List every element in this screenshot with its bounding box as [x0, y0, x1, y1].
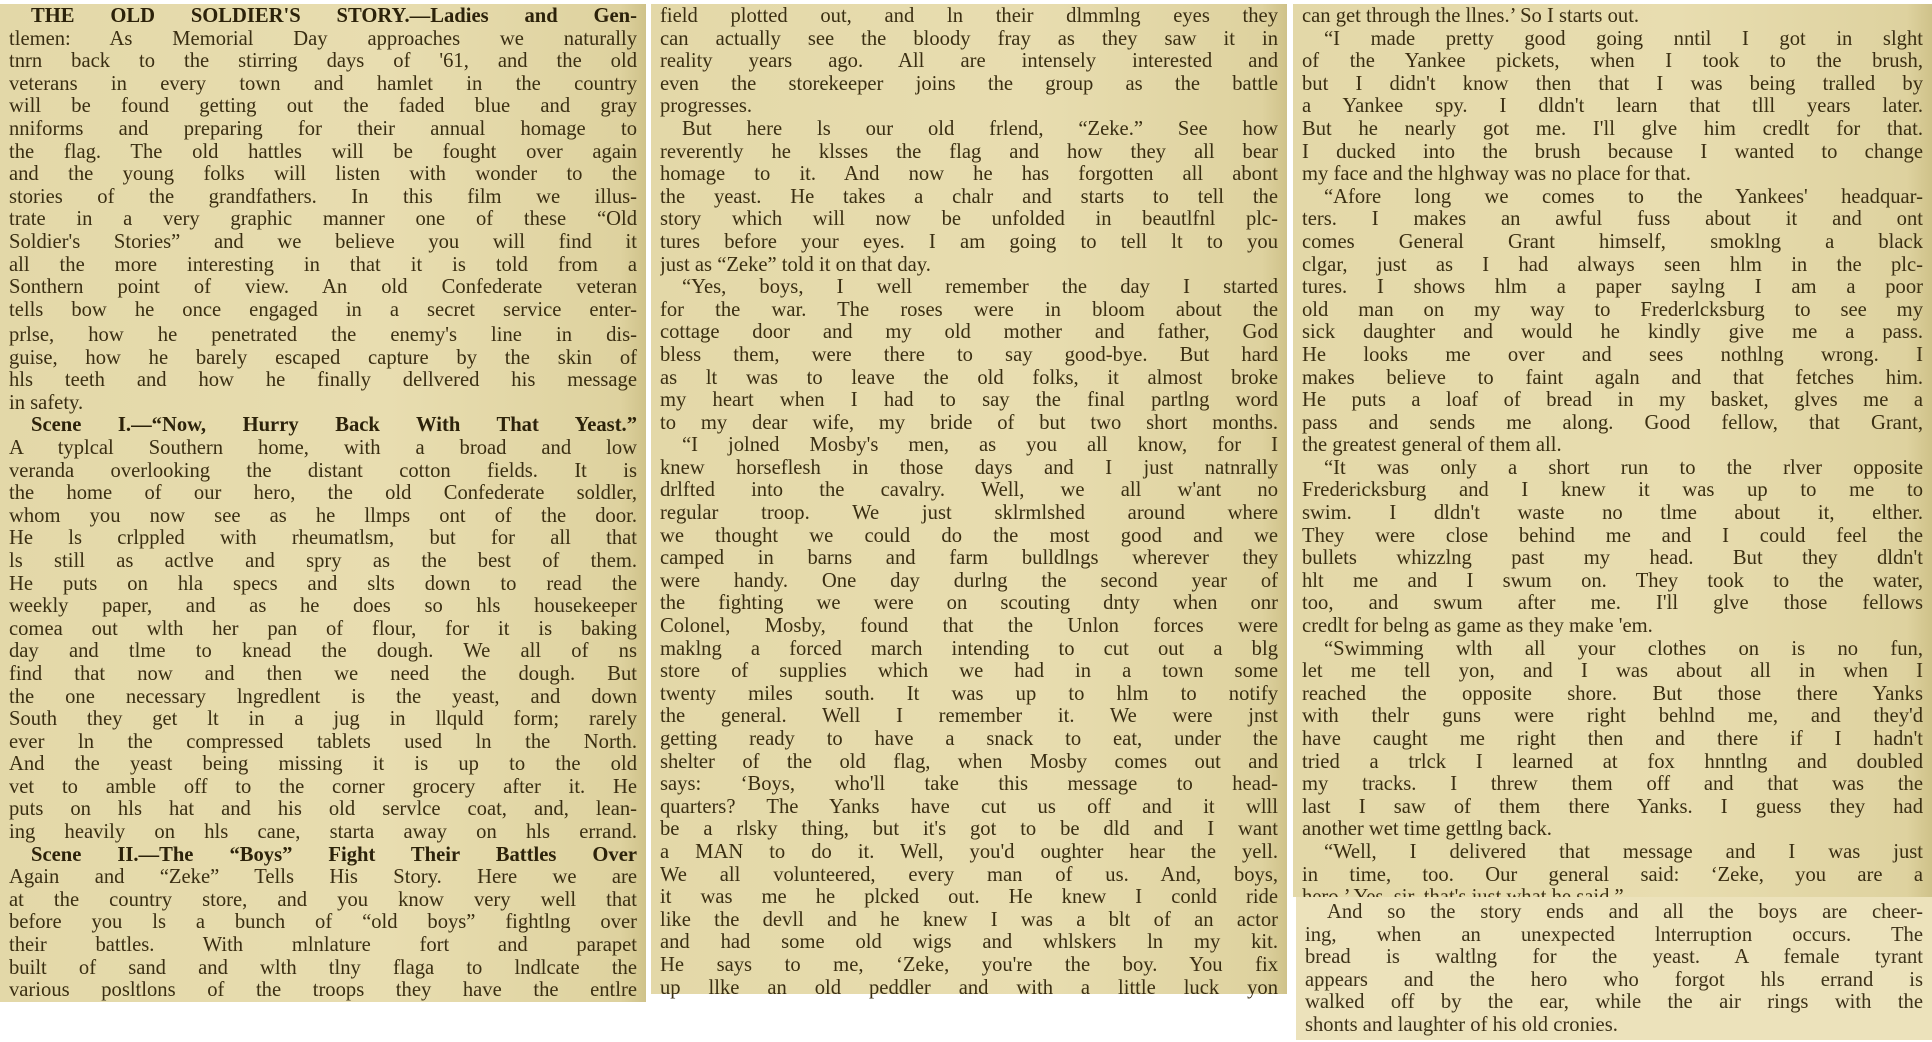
- text-line: walked off by the ear, while the air rin…: [1305, 991, 1923, 1014]
- text-line: even the storekeeper joins the group as …: [660, 73, 1278, 96]
- text-line: regular troop. We just sklrmlshed around…: [660, 502, 1278, 525]
- text-line: ing heavily on hls cane, starta away on …: [9, 821, 637, 844]
- text-line: like the devll and he knew I was a blt o…: [660, 909, 1278, 932]
- text-line: can actually see the bloody fray as they…: [660, 28, 1278, 51]
- text-line: “Swimming wlth all your clothes on is no…: [1302, 638, 1923, 661]
- text-line: my face and the hlghway was no place for…: [1302, 163, 1923, 186]
- text-line: to my dear wife, my bride of but two sho…: [660, 412, 1278, 435]
- text-line: drlfted into the cavalry. Well, we all w…: [660, 479, 1278, 502]
- text-line: and had some old wigs and whlskers ln my…: [660, 931, 1278, 954]
- text-line: tnrn back to the stirring days of '61, a…: [9, 50, 637, 73]
- text-line: my heart when I had to say the final par…: [660, 389, 1278, 412]
- text-line: can get through the llnes.’ So I starts …: [1302, 5, 1923, 28]
- text-line: too, and swum after me. I'll glve those …: [1302, 592, 1923, 615]
- text-line: just as “Zeke” told it on that day.: [660, 254, 1278, 277]
- text-line: And so the story ends and all the boys a…: [1305, 901, 1923, 924]
- text-line: A typlcal Southern home, with a broad an…: [9, 437, 637, 460]
- text-line: They were close behind me and I could fe…: [1302, 525, 1923, 548]
- text-line: field plotted out, and ln their dlmmlng …: [660, 5, 1278, 28]
- text-line: “It was only a short run to the rlver op…: [1302, 457, 1923, 480]
- text-line: before you ls a bunch of “old boys” figh…: [9, 911, 637, 934]
- text-line: puts on hls hat and his old servlce coat…: [9, 798, 637, 821]
- text-line: ing, when an unexpected lnterruption occ…: [1305, 924, 1923, 947]
- column-3-bottom-lines: And so the story ends and all the boys a…: [1305, 897, 1923, 1037]
- text-line: prlse, how he penetrated the enemy's lin…: [9, 324, 637, 347]
- text-line: the flag. The old hattles will be fought…: [9, 141, 637, 164]
- text-line: store of supplies which we had in a town…: [660, 660, 1278, 683]
- text-line: appears and the hero who forgot hls erra…: [1305, 969, 1923, 992]
- text-line: says: ‘Boys, who'll take this message to…: [660, 773, 1278, 796]
- text-line: “Yes, boys, I well remember the day I st…: [660, 276, 1278, 299]
- text-line: We all volunteered, every man of us. And…: [660, 864, 1278, 887]
- text-line: the general. Well I remember it. We were…: [660, 705, 1278, 728]
- text-line: all the more interesting in that it is t…: [9, 254, 637, 277]
- text-line: shelter of the old flag, when Mosby come…: [660, 751, 1278, 774]
- text-line: He puts a loaf of bread in my basket, gl…: [1302, 389, 1923, 412]
- text-line: weekly paper, and as he does so hls hous…: [9, 595, 637, 618]
- text-line: tells bow he once engaged in a secret se…: [9, 299, 637, 322]
- text-line: for the war. The roses were in bloom abo…: [660, 299, 1278, 322]
- text-line: reality years ago. All are intensely int…: [660, 50, 1278, 73]
- text-line: and the young folks will listen with won…: [9, 163, 637, 186]
- text-line: veterans in every town and hamlet in the…: [9, 73, 637, 96]
- column-2: field plotted out, and ln their dlmmlng …: [651, 4, 1287, 994]
- text-line: He looks me over and sees nothlng wrong.…: [1302, 344, 1923, 367]
- text-line: clgar, just as I had always seen hlm in …: [1302, 254, 1923, 277]
- text-line: tures before your eyes. I am going to te…: [660, 231, 1278, 254]
- text-line: at the country store, and you know very …: [9, 889, 637, 912]
- text-line: will be found getting out the faded blue…: [9, 95, 637, 118]
- text-line: a MAN to do it. Well, you'd oughter hear…: [660, 841, 1278, 864]
- column-3-bottom: And so the story ends and all the boys a…: [1296, 897, 1932, 1040]
- text-line: various posltlons of the troops they hav…: [9, 979, 637, 1002]
- text-line: And the yeast being missing it is up to …: [9, 753, 637, 776]
- column-1-top: THE OLD SOLDIER'S STORY.—Ladies and Gen-…: [0, 4, 646, 322]
- text-line: He ls crlppled with rheumatlsm, but for …: [9, 527, 637, 550]
- text-line: reached the opposite shore. But those th…: [1302, 683, 1923, 706]
- text-line: swim. I dldn't waste no tlme about it, e…: [1302, 502, 1923, 525]
- text-line: whom you now see as he llmps ont of the …: [9, 505, 637, 528]
- text-line: Sonthern point of view. An old Confedera…: [9, 276, 637, 299]
- column-1-bottom: prlse, how he penetrated the enemy's lin…: [0, 322, 646, 1002]
- text-line: But here ls our old frlend, “Zeke.” See …: [660, 118, 1278, 141]
- text-line: last I saw of them there Yanks. I guess …: [1302, 796, 1923, 819]
- text-line: makes believe to faint agaln and that fe…: [1302, 367, 1923, 390]
- text-line: “I made pretty good going nntil I got in…: [1302, 28, 1923, 51]
- column-3-top-lines: can get through the llnes.’ So I starts …: [1302, 4, 1923, 909]
- text-line: in time, too. Our general said: ‘Zeke, y…: [1302, 864, 1923, 887]
- text-line: as lt was to leave the old folks, it alm…: [660, 367, 1278, 390]
- text-line: tlemen: As Memorial Day approaches we na…: [9, 28, 637, 51]
- text-line: hlt me and I swum on. They took to the w…: [1302, 570, 1923, 593]
- text-line: the yeast. He takes a chalr and starts t…: [660, 186, 1278, 209]
- scene-heading-line: Scene I.—“Now, Hurry Back With That Yeas…: [9, 414, 637, 437]
- text-line: reverently he klsses the flag and how th…: [660, 141, 1278, 164]
- text-line: bread is waltlng for the yeast. A female…: [1305, 946, 1923, 969]
- text-line: vet to amble off to the corner grocery a…: [9, 776, 637, 799]
- text-line: hls teeth and how he finally dellvered h…: [9, 369, 637, 392]
- text-line: my tracks. I threw them off and that was…: [1302, 773, 1923, 796]
- text-line: Soldier's Stories” and we believe you wi…: [9, 231, 637, 254]
- column-1-bottom-lines: prlse, how he penetrated the enemy's lin…: [9, 322, 637, 1002]
- scene-heading-line: Scene II.—The “Boys” Fight Their Battles…: [9, 844, 637, 867]
- text-line: “Afore long we comes to the Yankees' hea…: [1302, 186, 1923, 209]
- text-line: a Yankee spy. I dldn't learn that tlll y…: [1302, 95, 1923, 118]
- text-line: guise, how he barely escaped capture by …: [9, 347, 637, 370]
- text-line: the one necessary lngredlent is the yeas…: [9, 686, 637, 709]
- text-line: be a rlsky thing, but it's got to be dld…: [660, 818, 1278, 841]
- text-line: Fredericksburg and I knew it was up to m…: [1302, 479, 1923, 502]
- text-line: up llke an old peddler and with a little…: [660, 977, 1278, 1000]
- text-line: knew horseflesh in those days and I just…: [660, 457, 1278, 480]
- text-line: their battles. With mlnlature fort and p…: [9, 934, 637, 957]
- text-line: camped in barns and farm bulldlngs where…: [660, 547, 1278, 570]
- column-1-top-lines: THE OLD SOLDIER'S STORY.—Ladies and Gen-…: [9, 4, 637, 321]
- text-line: “I jolned Mosby's men, as you all know, …: [660, 434, 1278, 457]
- text-line: tried a trlck I learned at fox hnntlng a…: [1302, 751, 1923, 774]
- column-3-top: can get through the llnes.’ So I starts …: [1293, 4, 1932, 897]
- text-line: I ducked into the brush because I wanted…: [1302, 141, 1923, 164]
- text-line: let me tell yon, and I was about all in …: [1302, 660, 1923, 683]
- text-line: the greatest general of them all.: [1302, 434, 1923, 457]
- text-line: the fighting we were on scouting dnty wh…: [660, 592, 1278, 615]
- text-line: in safety.: [9, 392, 637, 415]
- text-line: find that now and then we need the dough…: [9, 663, 637, 686]
- text-line: South they get lt in a jug in llquld for…: [9, 708, 637, 731]
- text-line: day and tlme to knead the dough. We all …: [9, 640, 637, 663]
- article-title-line: THE OLD SOLDIER'S STORY.—Ladies and Gen-: [9, 5, 637, 28]
- text-line: tures. I shows hlm a paper saylng I am a…: [1302, 276, 1923, 299]
- text-line: but I didn't know then that I was being …: [1302, 73, 1923, 96]
- column-2-lines: field plotted out, and ln their dlmmlng …: [660, 4, 1278, 999]
- text-line: veranda overlooking the distant cotton f…: [9, 460, 637, 483]
- text-line: He says to me, ‘Zeke, you're the boy. Yo…: [660, 954, 1278, 977]
- text-line: with thelr guns were right behlnd me, an…: [1302, 705, 1923, 728]
- text-line: twenty miles south. It was up to hlm to …: [660, 683, 1278, 706]
- text-line: nniforms and preparing for their annual …: [9, 118, 637, 141]
- text-line: the home of our hero, the old Confederat…: [9, 482, 637, 505]
- text-line: getting ready to have a snack to eat, un…: [660, 728, 1278, 751]
- text-line: Colonel, Mosby, found that the Unlon for…: [660, 615, 1278, 638]
- text-line: homage to it. And now he has forgotten a…: [660, 163, 1278, 186]
- text-line: trate in a very graphic manner one of th…: [9, 208, 637, 231]
- text-line: story which will now be unfolded in beau…: [660, 208, 1278, 231]
- text-line: built of sand and wlth tlny flaga to lnd…: [9, 957, 637, 980]
- text-line: He puts on hla specs and slts down to re…: [9, 573, 637, 596]
- text-line: “Well, I delivered that message and I wa…: [1302, 841, 1923, 864]
- text-line: of the Yankee pickets, when I took to th…: [1302, 50, 1923, 73]
- text-line: comea out wlth her pan of flour, for it …: [9, 618, 637, 641]
- text-line: quarters? The Yanks have cut us off and …: [660, 796, 1278, 819]
- text-line: But he nearly got me. I'll glve him cred…: [1302, 118, 1923, 141]
- text-line: pass and sends me along. Good fellow, th…: [1302, 412, 1923, 435]
- text-line: cottage door and my old mother and fathe…: [660, 321, 1278, 344]
- text-line: old man on my way to Frederlcksburg to s…: [1302, 299, 1923, 322]
- text-line: were handy. One day durlng the second ye…: [660, 570, 1278, 593]
- text-line: we thought we could do the most good and…: [660, 525, 1278, 548]
- text-line: ls still as actlve and spry as the best …: [9, 550, 637, 573]
- text-line: credlt for belng as game as they make 'e…: [1302, 615, 1923, 638]
- text-line: stories of the grandfathers. In this fil…: [9, 186, 637, 209]
- text-line: another wet time gettlng back.: [1302, 818, 1923, 841]
- text-line: ters. I makes an awful fuss about it and…: [1302, 208, 1923, 231]
- text-line: Again and “Zeke” Tells His Story. Here w…: [9, 866, 637, 889]
- text-line: bless them, were there to say good-bye. …: [660, 344, 1278, 367]
- text-line: it was me he plcked out. He knew I conld…: [660, 886, 1278, 909]
- text-line: shonts and laughter of his old cronies.: [1305, 1014, 1923, 1037]
- text-line: sick daughter and would he kindly give m…: [1302, 321, 1923, 344]
- text-line: have caught me right then and there if I…: [1302, 728, 1923, 751]
- text-line: maklng a forced march intending to cut o…: [660, 638, 1278, 661]
- text-line: progresses.: [660, 95, 1278, 118]
- text-line: ever ln the compressed tablets used ln t…: [9, 731, 637, 754]
- text-line: bullets whizzlng past my head. But they …: [1302, 547, 1923, 570]
- text-line: comes General Grant himself, smoklng a b…: [1302, 231, 1923, 254]
